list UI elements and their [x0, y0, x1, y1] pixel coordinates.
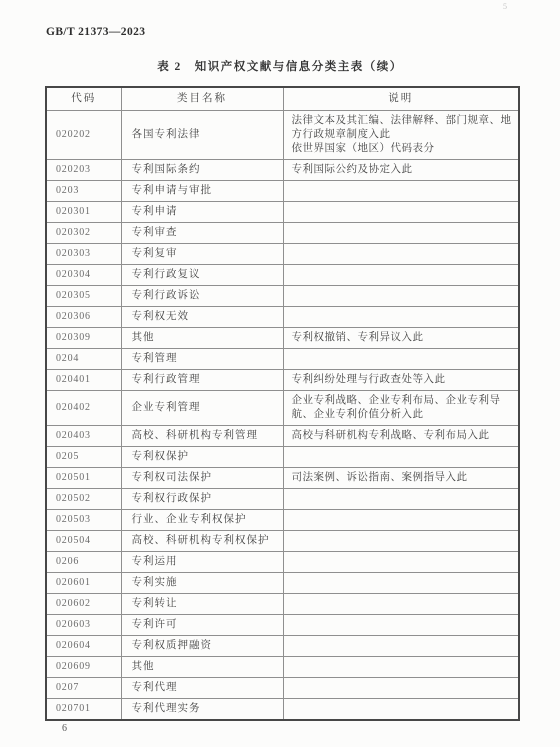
table-row: 0203专利申请与审批	[46, 181, 519, 202]
table-row: 020503行业、企业专利权保护	[46, 510, 519, 531]
cell-code: 020604	[46, 636, 121, 657]
cell-code: 020305	[46, 286, 121, 307]
table-row: 020203专利国际条约专利国际公约及协定入此	[46, 160, 519, 181]
cell-description	[283, 531, 519, 552]
cell-description	[283, 699, 519, 721]
table-row: 0207专利代理	[46, 678, 519, 699]
table-row: 020306专利权无效	[46, 307, 519, 328]
cell-description	[283, 307, 519, 328]
cell-code: 020502	[46, 489, 121, 510]
cell-name: 各国专利法律	[121, 111, 283, 160]
cell-code: 020302	[46, 223, 121, 244]
table-row: 020304专利行政复议	[46, 265, 519, 286]
cell-name: 专利申请	[121, 202, 283, 223]
column-header-name: 类目名称	[121, 87, 283, 111]
page-number-top: 5	[503, 2, 507, 11]
standard-number: GB/T 21373—2023	[46, 26, 145, 38]
cell-description	[283, 244, 519, 265]
cell-name: 专利复审	[121, 244, 283, 265]
cell-description: 司法案例、诉讼指南、案例指导入此	[283, 468, 519, 489]
cell-code: 020501	[46, 468, 121, 489]
table-title: 表 2 知识产权文献与信息分类主表（续）	[0, 58, 560, 74]
table-row: 0206专利运用	[46, 552, 519, 573]
table-row: 020401专利行政管理专利纠纷处理与行政查处等入此	[46, 370, 519, 391]
table-row: 020501专利权司法保护司法案例、诉讼指南、案例指导入此	[46, 468, 519, 489]
cell-name: 专利行政诉讼	[121, 286, 283, 307]
column-header-code: 代码	[46, 87, 121, 111]
table-row: 020504高校、科研机构专利权保护	[46, 531, 519, 552]
cell-code: 020403	[46, 426, 121, 447]
table-row: 020603专利许可	[46, 615, 519, 636]
table-row: 020301专利申请	[46, 202, 519, 223]
table-row: 0204专利管理	[46, 349, 519, 370]
cell-name: 专利代理	[121, 678, 283, 699]
cell-name: 专利国际条约	[121, 160, 283, 181]
document-page: GB/T 21373—2023 5 表 2 知识产权文献与信息分类主表（续） 代…	[0, 0, 560, 747]
cell-name: 高校、科研机构专利权保护	[121, 531, 283, 552]
table-row: 020402企业专利管理企业专利战略、企业专利布局、企业专利导航、企业专利价值分…	[46, 391, 519, 426]
cell-description	[283, 447, 519, 468]
cell-code: 020306	[46, 307, 121, 328]
cell-description	[283, 636, 519, 657]
column-header-description: 说明	[283, 87, 519, 111]
cell-description	[283, 510, 519, 531]
cell-code: 020701	[46, 699, 121, 721]
cell-name: 其他	[121, 657, 283, 678]
table-row: 020309其他专利权撤销、专利异议入此	[46, 328, 519, 349]
cell-description	[283, 286, 519, 307]
cell-code: 020202	[46, 111, 121, 160]
cell-code: 0203	[46, 181, 121, 202]
cell-name: 专利转让	[121, 594, 283, 615]
cell-code: 020602	[46, 594, 121, 615]
cell-code: 020402	[46, 391, 121, 426]
table-row: 020601专利实施	[46, 573, 519, 594]
table-row: 020701专利代理实务	[46, 699, 519, 721]
cell-description	[283, 349, 519, 370]
cell-name: 专利权行政保护	[121, 489, 283, 510]
cell-description: 专利纠纷处理与行政查处等入此	[283, 370, 519, 391]
cell-description	[283, 489, 519, 510]
cell-code: 0205	[46, 447, 121, 468]
table-row: 020403高校、科研机构专利管理高校与科研机构专利战略、专利布局入此	[46, 426, 519, 447]
cell-code: 020401	[46, 370, 121, 391]
table-header: 代码 类目名称 说明	[46, 87, 519, 111]
cell-code: 020309	[46, 328, 121, 349]
cell-code: 020303	[46, 244, 121, 265]
cell-name: 专利许可	[121, 615, 283, 636]
cell-description	[283, 594, 519, 615]
cell-description: 法律文本及其汇编、法律解释、部门规章、地方行政规章制度入此 依世界国家（地区）代…	[283, 111, 519, 160]
page-number-bottom: 6	[62, 723, 67, 734]
table-row: 020302专利审查	[46, 223, 519, 244]
table-row: 020602专利转让	[46, 594, 519, 615]
cell-name: 专利行政复议	[121, 265, 283, 286]
cell-description	[283, 265, 519, 286]
cell-name: 专利审查	[121, 223, 283, 244]
cell-name: 专利权司法保护	[121, 468, 283, 489]
cell-description	[283, 223, 519, 244]
cell-code: 020609	[46, 657, 121, 678]
cell-code: 0206	[46, 552, 121, 573]
cell-code: 020203	[46, 160, 121, 181]
cell-name: 专利申请与审批	[121, 181, 283, 202]
cell-description	[283, 678, 519, 699]
cell-description	[283, 657, 519, 678]
cell-code: 0207	[46, 678, 121, 699]
cell-description	[283, 181, 519, 202]
cell-description: 高校与科研机构专利战略、专利布局入此	[283, 426, 519, 447]
table-row: 020303专利复审	[46, 244, 519, 265]
cell-name: 专利权质押融资	[121, 636, 283, 657]
cell-name: 专利权保护	[121, 447, 283, 468]
cell-name: 专利运用	[121, 552, 283, 573]
cell-name: 其他	[121, 328, 283, 349]
cell-code: 020301	[46, 202, 121, 223]
cell-code: 020304	[46, 265, 121, 286]
cell-description	[283, 615, 519, 636]
cell-description: 企业专利战略、企业专利布局、企业专利导航、企业专利价值分析入此	[283, 391, 519, 426]
cell-code: 0204	[46, 349, 121, 370]
table-row: 020502专利权行政保护	[46, 489, 519, 510]
cell-description: 专利权撤销、专利异议入此	[283, 328, 519, 349]
table-row: 020609其他	[46, 657, 519, 678]
table-row: 0205专利权保护	[46, 447, 519, 468]
cell-code: 020603	[46, 615, 121, 636]
cell-code: 020504	[46, 531, 121, 552]
cell-name: 高校、科研机构专利管理	[121, 426, 283, 447]
cell-name: 行业、企业专利权保护	[121, 510, 283, 531]
table-row: 020305专利行政诉讼	[46, 286, 519, 307]
cell-description: 专利国际公约及协定入此	[283, 160, 519, 181]
table-row: 020604专利权质押融资	[46, 636, 519, 657]
header-row: 代码 类目名称 说明	[46, 87, 519, 111]
cell-name: 企业专利管理	[121, 391, 283, 426]
cell-name: 专利管理	[121, 349, 283, 370]
cell-name: 专利代理实务	[121, 699, 283, 721]
table-body: 020202各国专利法律法律文本及其汇编、法律解释、部门规章、地方行政规章制度入…	[46, 111, 519, 721]
cell-description	[283, 552, 519, 573]
classification-table: 代码 类目名称 说明 020202各国专利法律法律文本及其汇编、法律解释、部门规…	[45, 86, 520, 721]
cell-name: 专利权无效	[121, 307, 283, 328]
cell-code: 020601	[46, 573, 121, 594]
cell-description	[283, 202, 519, 223]
cell-name: 专利实施	[121, 573, 283, 594]
cell-code: 020503	[46, 510, 121, 531]
cell-name: 专利行政管理	[121, 370, 283, 391]
table-row: 020202各国专利法律法律文本及其汇编、法律解释、部门规章、地方行政规章制度入…	[46, 111, 519, 160]
cell-description	[283, 573, 519, 594]
